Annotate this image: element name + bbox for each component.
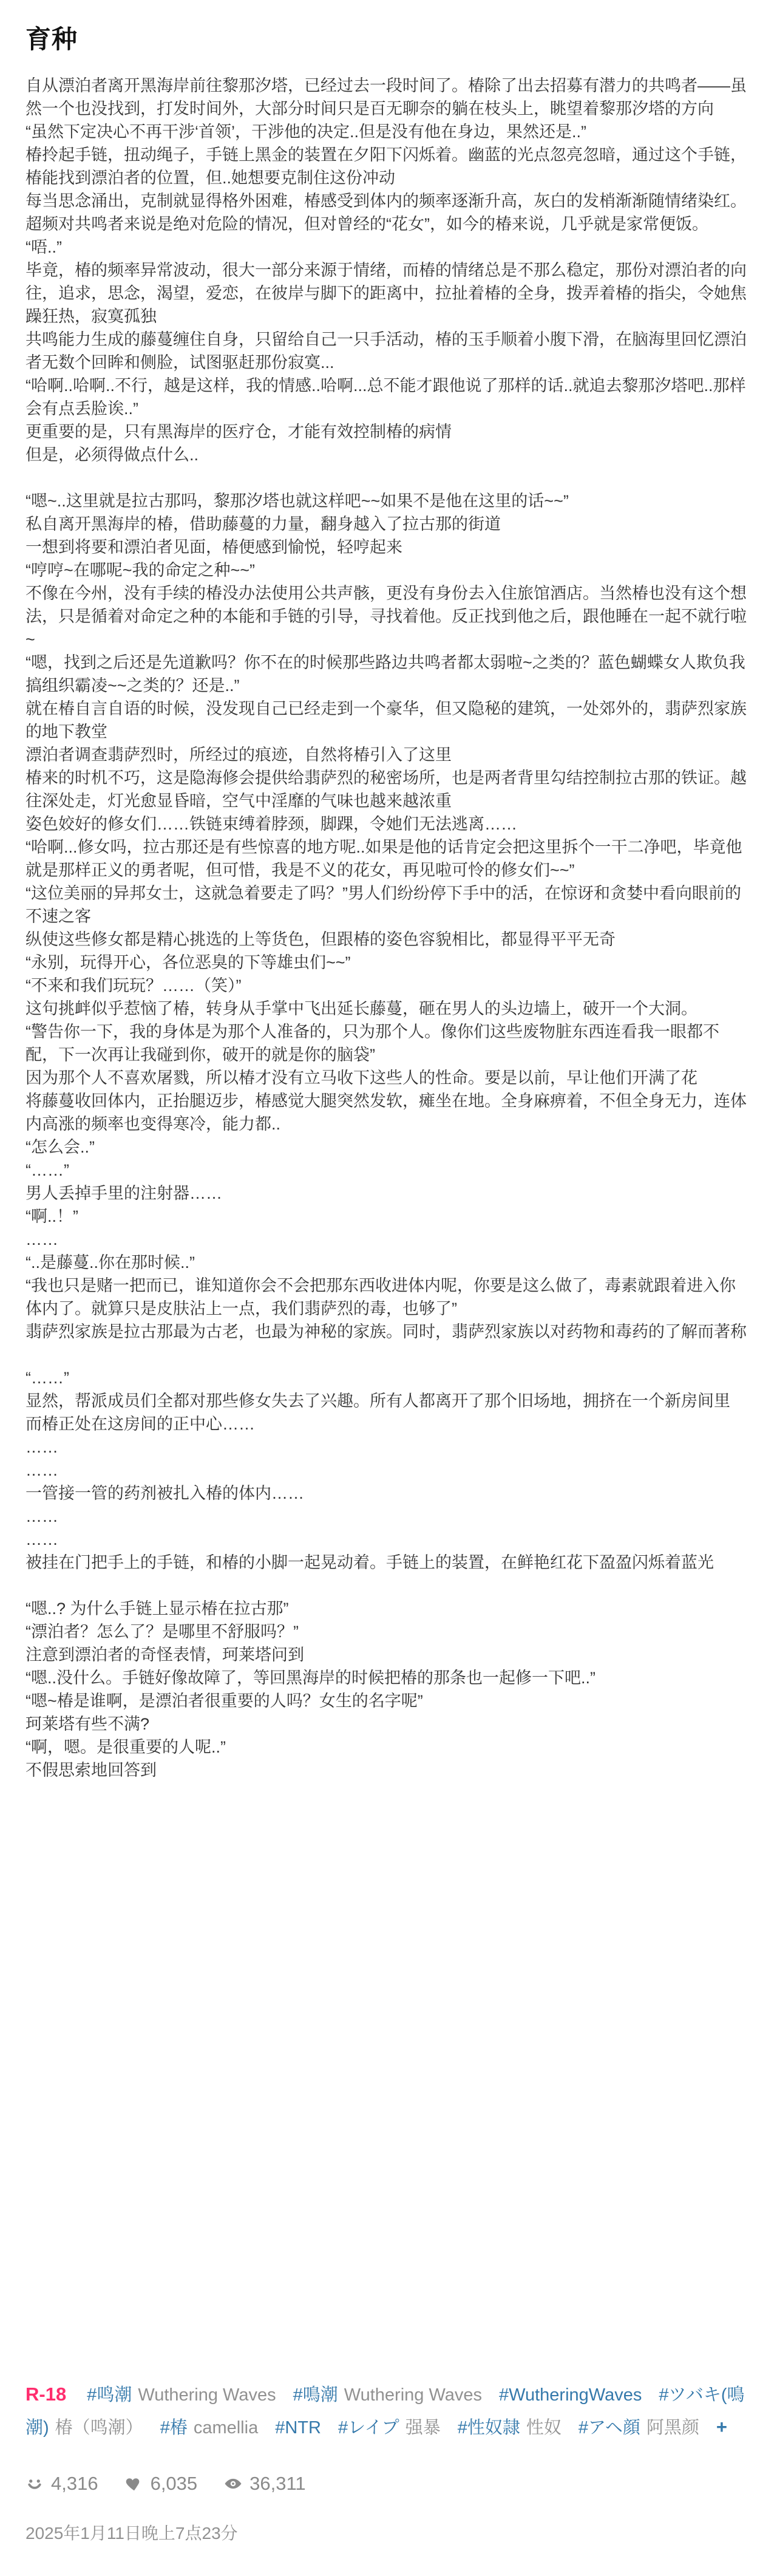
tag-link[interactable]: #レイプ <box>338 2418 399 2438</box>
tag-translation: 强暴 <box>405 2418 441 2438</box>
tag-translation: Wuthering Waves <box>344 2385 482 2405</box>
story-paragraph: 共鸣能力生成的藤蔓缠住自身，只留给自己一只手活动，椿的玉手顺着小腹下滑，在脑海里… <box>25 328 752 374</box>
story-paragraph <box>25 466 752 489</box>
story-paragraph: …… <box>25 1459 752 1482</box>
story-paragraph: …… <box>25 1505 752 1528</box>
like-count: 4,316 <box>51 2473 98 2495</box>
novel-page: 育种 自从漂泊者离开黑海岸前往黎那汐塔，已经过去一段时间了。椿除了出去招募有潜力… <box>0 0 777 2576</box>
story-paragraph: “虽然下定决心不再干涉‘首领’，干涉他的决定..但是没有他在身边，果然还是..” <box>25 120 752 143</box>
tag-link[interactable]: #鳴潮 <box>293 2385 338 2405</box>
story-paragraph: “……” <box>25 1366 752 1389</box>
tag-translation: 阿黑颜 <box>646 2418 699 2438</box>
story-paragraph: 姿色姣好的修女们……铁链束缚着脖颈，脚踝，令她们无法逃离…… <box>25 813 752 836</box>
tag-link[interactable]: #WutheringWaves <box>499 2385 642 2405</box>
rating-badge[interactable]: R-18 <box>25 2383 66 2405</box>
tag-list: R-18#鸣潮Wuthering Waves#鳴潮Wuthering Waves… <box>25 2378 752 2444</box>
story-paragraph: 而椿正处在这房间的正中心…… <box>25 1412 752 1436</box>
bookmark-stat[interactable]: 6,035 <box>125 2473 198 2495</box>
story: 自从漂泊者离开黑海岸前往黎那汐塔，已经过去一段时间了。椿除了出去招募有潜力的共鸣… <box>25 74 752 1782</box>
tag-link[interactable]: #アヘ顔 <box>579 2418 640 2438</box>
story-paragraph: 一想到将要和漂泊者见面，椿便感到愉悦，轻哼起来 <box>25 536 752 559</box>
tag-link[interactable]: #椿 <box>160 2418 188 2438</box>
like-stat[interactable]: 4,316 <box>25 2473 98 2495</box>
story-paragraph: 将藤蔓收回体内，正抬腿迈步，椿感觉大腿突然发软，瘫坐在地。全身麻痹着，不但全身无… <box>25 1089 752 1136</box>
story-paragraph: 纵使这些修女都是精心挑选的上等货色，但跟椿的姿色容貌相比，都显得平平无奇 <box>25 928 752 951</box>
story-paragraph: “嗯，找到之后还是先道歉吗？你不在的时候那些路边共鸣者都太弱啦~之类的？蓝色蝴蝶… <box>25 651 752 697</box>
story-paragraph: 私自离开黑海岸的椿，借助藤蔓的力量，翻身越入了拉古那的街道 <box>25 513 752 536</box>
add-tag-button[interactable]: + <box>716 2416 727 2438</box>
story-paragraph <box>25 1343 752 1366</box>
tag-translation: 椿（鸣潮） <box>55 2418 143 2438</box>
heart-bookmark-icon[interactable] <box>125 2475 143 2493</box>
page-title: 育种 <box>25 24 752 55</box>
story-paragraph: “嗯..? 为什么手链上显示椿在拉古那” <box>25 1597 752 1620</box>
story-paragraph: 这句挑衅似乎惹恼了椿，转身从手掌中飞出延长藤蔓，砸在男人的头边墙上，破开一个大洞… <box>25 997 752 1020</box>
story-paragraph: “啊，嗯。是很重要的人呢..” <box>25 1736 752 1759</box>
eye-views-icon <box>224 2475 242 2493</box>
tag-translation: 性奴 <box>526 2418 562 2438</box>
story-paragraph: 毕竟，椿的频率异常波动，很大一部分来源于情绪，而椿的情绪总是不那么稳定，那份对漂… <box>25 259 752 328</box>
tag-link[interactable]: #鸣潮 <box>87 2385 132 2405</box>
story-paragraph: “..是藤蔓..你在那时候..” <box>25 1251 752 1274</box>
story-paragraph: 注意到漂泊者的奇怪表情，珂莱塔问到 <box>25 1643 752 1666</box>
story-paragraph: 不像在今州，没有手续的椿没办法使用公共声骸，更没有身份去入住旅馆酒店。当然椿也没… <box>25 582 752 651</box>
story-paragraph: 椿来的时机不巧，这是隐海修会提供给翡萨烈的秘密场所，也是两者背里勾结控制拉古那的… <box>25 766 752 813</box>
views-stat: 36,311 <box>224 2473 306 2495</box>
story-paragraph: 每当思念涌出，克制就显得格外困难，椿感受到体内的频率逐渐升高，灰白的发梢渐渐随情… <box>25 189 752 236</box>
smiley-like-icon[interactable] <box>25 2475 44 2493</box>
story-paragraph: “哈啊...修女吗，拉古那还是有些惊喜的地方呢..如果是他的话肯定会把这里拆个一… <box>25 836 752 882</box>
story-paragraph: 一管接一管的药剂被扎入椿的体内…… <box>25 1482 752 1505</box>
story-paragraph: 男人丢掉手里的注射器…… <box>25 1182 752 1205</box>
story-paragraph: “永别，玩得开心，各位恶臭的下等雄虫们~~” <box>25 951 752 974</box>
post-date: 2025年1月11日晚上7点23分 <box>25 2520 752 2544</box>
story-paragraph: 就在椿自言自语的时候，没发现自己已经走到一个豪华，但又隐秘的建筑，一处郊外的，翡… <box>25 697 752 743</box>
story-paragraph: 珂莱塔有些不满? <box>25 1712 752 1736</box>
story-paragraph: “……” <box>25 1159 752 1182</box>
story-paragraph: “这位美丽的异邦女士，这就急着要走了吗？”男人们纷纷停下手中的活，在惊讶和贪婪中… <box>25 882 752 928</box>
story-paragraph: “啊..！” <box>25 1205 752 1228</box>
story-paragraph: “嗯..没什么。手链好像故障了，等回黑海岸的时候把椿的那条也一起修一下吧..” <box>25 1666 752 1689</box>
tag-link[interactable]: #NTR <box>275 2418 321 2438</box>
stats-row: 4,316 6,035 36,311 <box>25 2473 752 2495</box>
story-paragraph: 不假思索地回答到 <box>25 1759 752 1782</box>
tag-translation: Wuthering Waves <box>138 2385 276 2405</box>
story-paragraph: 翡萨烈家族是拉古那最为古老，也最为神秘的家族。同时，翡萨烈家族以对药物和毒药的了… <box>25 1320 752 1343</box>
story-paragraph: “不来和我们玩玩？……（笑）” <box>25 974 752 997</box>
story-paragraph: 自从漂泊者离开黑海岸前往黎那汐塔，已经过去一段时间了。椿除了出去招募有潜力的共鸣… <box>25 74 752 120</box>
story-paragraph: …… <box>25 1436 752 1459</box>
story-paragraph: 因为那个人不喜欢屠戮，所以椿才没有立马收下这些人的性命。要是以前，早让他们开满了… <box>25 1066 752 1089</box>
footer: R-18#鸣潮Wuthering Waves#鳴潮Wuthering Waves… <box>25 2378 752 2545</box>
story-paragraph: “我也只是赌一把而已，谁知道你会不会把那东西收进体内呢，你要是这么做了，毒素就跟… <box>25 1274 752 1320</box>
story-paragraph <box>25 1574 752 1597</box>
story-paragraph: 漂泊者调查翡萨烈时，所经过的痕迹，自然将椿引入了这里 <box>25 743 752 766</box>
story-paragraph: “警告你一下，我的身体是为那个人准备的，只为那个人。像你们这些废物脏东西连看我一… <box>25 1020 752 1066</box>
tag-translation: camellia <box>194 2418 258 2438</box>
story-paragraph: “嗯~..这里就是拉古那吗，黎那汐塔也就这样吧~~如果不是他在这里的话~~” <box>25 489 752 513</box>
story-paragraph: “唔..” <box>25 236 752 259</box>
story-paragraph: 被挂在门把手上的手链，和椿的小脚一起晃动着。手链上的装置，在鲜艳红花下盈盈闪烁着… <box>25 1551 752 1574</box>
story-paragraph: “哼哼~在哪呢~我的命定之种~~” <box>25 559 752 582</box>
story-paragraph: 更重要的是，只有黑海岸的医疗仓，才能有效控制椿的病情 <box>25 420 752 443</box>
story-paragraph: “嗯~椿是谁啊，是漂泊者很重要的人吗？女生的名字呢” <box>25 1689 752 1712</box>
story-paragraph: …… <box>25 1228 752 1251</box>
tag-link[interactable]: #性奴隷 <box>458 2418 520 2438</box>
story-paragraph: …… <box>25 1528 752 1551</box>
story-paragraph: 显然，帮派成员们全都对那些修女失去了兴趣。所有人都离开了那个旧场地，拥挤在一个新… <box>25 1389 752 1412</box>
bookmark-count: 6,035 <box>151 2473 198 2495</box>
story-paragraph: “哈啊..哈啊..不行，越是这样，我的情感..哈啊...总不能才跟他说了那样的话… <box>25 374 752 420</box>
views-count: 36,311 <box>249 2473 306 2495</box>
story-paragraph: “怎么会..” <box>25 1136 752 1159</box>
story-paragraph: 椿拎起手链，扭动绳子，手链上黑金的装置在夕阳下闪烁着。幽蓝的光点忽亮忽暗，通过这… <box>25 143 752 189</box>
story-paragraph: “漂泊者？怎么了？是哪里不舒服吗？” <box>25 1620 752 1643</box>
story-paragraph: 但是，必须得做点什么.. <box>25 443 752 466</box>
